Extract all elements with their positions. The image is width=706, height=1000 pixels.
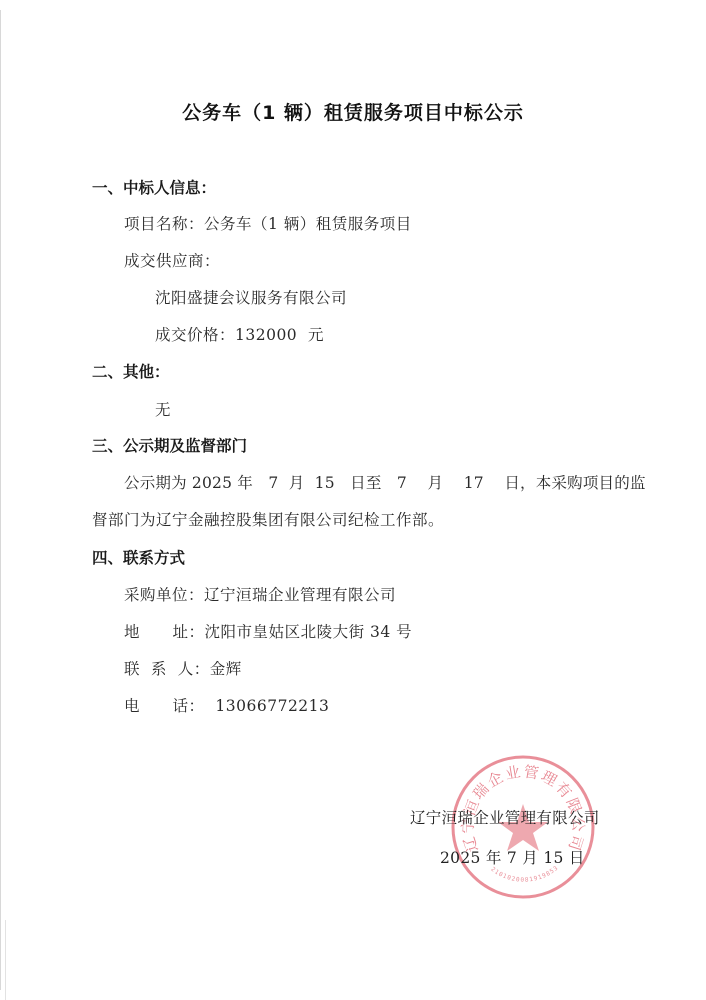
supplier-label: 成交供应商： xyxy=(124,251,220,271)
phone: 电 话： 13066772213 xyxy=(124,696,329,716)
other-none: 无 xyxy=(155,400,171,420)
document-page: 公务车（1 辆）租赁服务项目中标公示 一、中标人信息： 项目名称：公务车（1 辆… xyxy=(0,0,706,1000)
publicity-period-line-1: 公示期为 2025 年 7 月 15 日至 7 月 17 日，本采购项目的监 xyxy=(124,473,646,493)
section-heading-winner-info: 一、中标人信息： xyxy=(92,178,216,198)
transaction-price: 成交价格：132000 元 xyxy=(155,325,324,345)
purchasing-unit: 采购单位：辽宁洹瑞企业管理有限公司 xyxy=(124,585,396,605)
signature-company: 辽宁洹瑞企业管理有限公司 xyxy=(410,806,600,828)
page-edge-shadow xyxy=(5,920,6,1000)
document-title: 公务车（1 辆）租赁服务项目中标公示 xyxy=(0,98,706,125)
section-heading-publicity-period: 三、公示期及监督部门 xyxy=(92,436,247,456)
signature-date: 2025 年 7 月 15 日 xyxy=(440,846,585,868)
project-name-line: 项目名称：公务车（1 辆）租赁服务项目 xyxy=(124,214,412,234)
supplier-name: 沈阳盛捷会议服务有限公司 xyxy=(155,288,347,308)
contact-person: 联 系 人：金辉 xyxy=(124,659,242,679)
section-heading-other: 二、其他： xyxy=(92,362,170,382)
address: 地 址：沈阳市皇姑区北陵大街 34 号 xyxy=(124,622,412,642)
page-edge-left xyxy=(0,10,1,990)
section-heading-contact: 四、联系方式 xyxy=(92,548,185,568)
publicity-period-line-2: 督部门为辽宁金融控股集团有限公司纪检工作部。 xyxy=(92,510,444,530)
